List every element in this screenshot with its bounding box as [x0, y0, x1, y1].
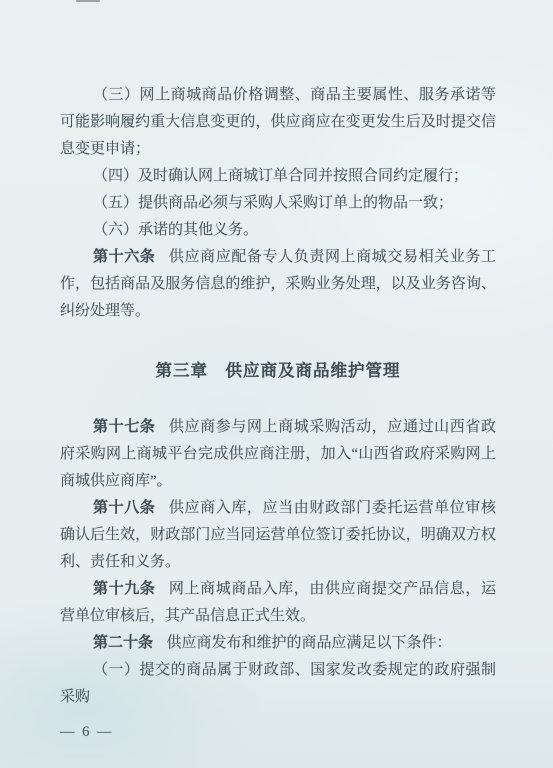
clause-text: （五）提供商品必须与采购人采购订单上的物品一致；	[93, 195, 453, 211]
document-page: （三）网上商城商品价格调整、商品主要属性、服务承诺等可能影响履约重大信息变更的，…	[0, 0, 553, 768]
article-19-paragraph: 第十九条网上商城商品入库，由供应商提交产品信息，运营单位审核后，其产品信息正式生…	[60, 576, 496, 630]
article-18-paragraph: 第十八条供应商入库，应当由财政部门委托运营单位审核确认后生效，财政部门应当同运营…	[60, 495, 496, 576]
page-number: — 6 —	[60, 721, 496, 743]
clause-text: （六）承诺的其他义务。	[93, 222, 258, 238]
article-number-label: 第十七条	[93, 419, 155, 435]
clause-item-1: （一）提交的商品属于财政部、国家发改委规定的政府强制采购	[60, 657, 496, 711]
clause-item-3: （三）网上商城商品价格调整、商品主要属性、服务承诺等可能影响履约重大信息变更的，…	[60, 82, 496, 163]
article-number-label: 第十八条	[93, 500, 155, 516]
article-17-paragraph: 第十七条供应商参与网上商城采购活动，应通过山西省政府采购网上商城平台完成供应商注…	[60, 414, 496, 495]
article-text: 供应商发布和维护的商品应满足以下条件：	[167, 635, 452, 651]
document-content: （三）网上商城商品价格调整、商品主要属性、服务承诺等可能影响履约重大信息变更的，…	[0, 0, 553, 743]
article-16-paragraph: 第十六条供应商应配备专人负责网上商城交易相关业务工作，包括商品及服务信息的维护，…	[60, 244, 496, 325]
chapter-heading: 第三章 供应商及商品维护管理	[60, 357, 496, 384]
article-20-paragraph: 第二十条供应商发布和维护的商品应满足以下条件：	[60, 630, 496, 657]
clause-text: （一）提交的商品属于财政部、国家发改委规定的政府强制采购	[60, 662, 496, 705]
clause-text: （四）及时确认网上商城订单合同并按照合同约定履行；	[93, 168, 468, 184]
clause-item-5: （五）提供商品必须与采购人采购订单上的物品一致；	[60, 190, 496, 217]
clause-text: （三）网上商城商品价格调整、商品主要属性、服务承诺等可能影响履约重大信息变更的，…	[60, 87, 496, 157]
article-number-label: 第十九条	[93, 581, 155, 597]
scan-artifact-mark	[76, 0, 100, 2]
article-number-label: 第十六条	[93, 249, 155, 265]
article-number-label: 第二十条	[93, 635, 153, 651]
clause-item-6: （六）承诺的其他义务。	[60, 217, 496, 244]
clause-item-4: （四）及时确认网上商城订单合同并按照合同约定履行；	[60, 163, 496, 190]
